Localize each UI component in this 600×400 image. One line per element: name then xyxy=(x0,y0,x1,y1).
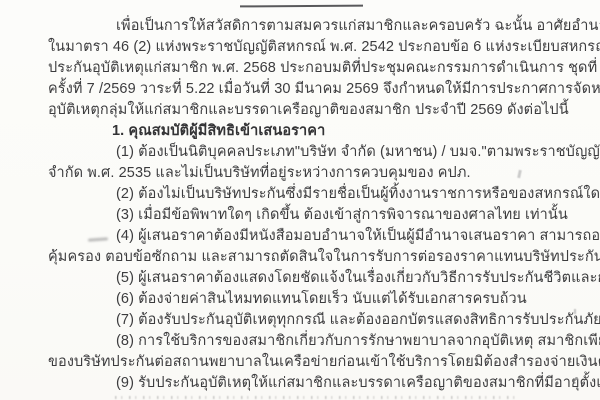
document-line: (4) ผู้เสนอราคาต้องมีหนังสือมอบอำนาจให้เ… xyxy=(48,226,600,247)
document-line: อุบัติเหตุกลุ่มให้แก่สมาชิกและบรรดาเครือ… xyxy=(48,100,600,121)
document-line: (8) การใช้บริการของสมาชิกเกี่ยวกับการรัก… xyxy=(48,331,600,352)
document-line: (1) ต้องเป็นนิติบุคคลประเภท"บริษัท จำกัด… xyxy=(48,142,600,163)
cutoff-next-line xyxy=(115,396,515,399)
document-line: (7) ต้องรับประกันอุบัติเหตุทุกกรณี และต้… xyxy=(48,310,600,331)
document-line: คุ้มครอง ตอบข้อซักถาม และสามารถตัดสินใจใ… xyxy=(48,247,600,268)
document-line: (6) ต้องจ่ายค่าสินไหมทดแทนโดยเร็ว นับแต่… xyxy=(48,289,600,310)
document-line: (2) ต้องไม่เป็นบริษัทประกันซึ่งมีรายชื่อ… xyxy=(48,184,600,205)
document-line: (9) รับประกันอุบัติเหตุให้แก่สมาชิกและบร… xyxy=(48,373,600,394)
scan-speck xyxy=(575,377,578,380)
document-line: ในมาตรา 46 (2) แห่งพระราชบัญญัติสหกรณ์ พ… xyxy=(48,37,600,58)
scan-smudge xyxy=(574,309,576,314)
document-line: เพื่อเป็นการให้สวัสดิการตามสมควรแก่สมาชิ… xyxy=(48,16,600,37)
document-line: ของบริษัทประกันต่อสถานพยาบาลในเครือข่ายก… xyxy=(48,352,600,373)
document-body: เพื่อเป็นการให้สวัสดิการตามสมควรแก่สมาชิ… xyxy=(48,16,600,394)
document-line: ครั้งที่ 7 /2569 วาระที่ 5.22 เมื่อวันที… xyxy=(48,79,600,100)
document-line: ประกันอุบัติเหตุแก่สมาชิก พ.ศ. 2568 ประก… xyxy=(48,58,600,79)
section-divider-rule xyxy=(240,5,363,8)
document-line: (3) เมื่อมีข้อพิพาทใดๆ เกิดขึ้น ต้องเข้า… xyxy=(48,205,600,226)
document-page: เพื่อเป็นการให้สวัสดิการตามสมควรแก่สมาชิ… xyxy=(0,0,600,400)
section-heading: 1. คุณสมบัติผู้มีสิทธิเข้าเสนอราคา xyxy=(48,121,600,142)
document-line: (5) ผู้เสนอราคาต้องแสดงโดยชัดแจ้งในเรื่อ… xyxy=(48,268,600,289)
